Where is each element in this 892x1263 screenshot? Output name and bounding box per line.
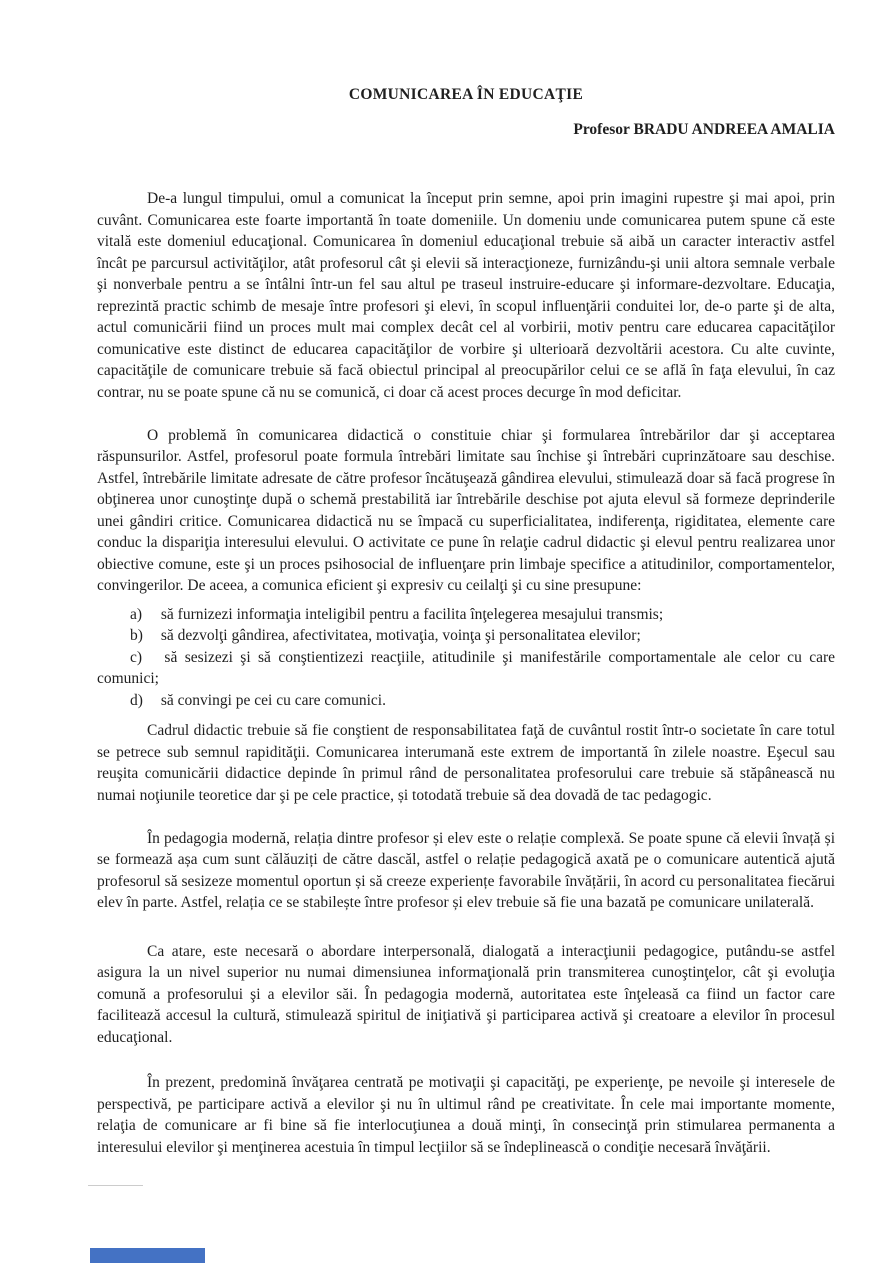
list-item-c: c) să sesizezi şi să conştientizezi reac… <box>97 647 835 690</box>
list-marker-a: a) <box>130 604 157 626</box>
page-bottom-blue-bar <box>90 1248 205 1263</box>
list-marker-d: d) <box>130 690 157 712</box>
ordered-list: a) să furnizezi informaţia inteligibil p… <box>97 604 835 712</box>
paragraph-in-prezent: În prezent, predomină învăţarea centrată… <box>97 1072 835 1158</box>
footnote-separator-rule <box>88 1185 143 1186</box>
document-author: Profesor BRADU ANDREEA AMALIA <box>97 121 835 139</box>
list-text-c: să sesizezi şi să conştientizezi reacţii… <box>97 649 835 688</box>
paragraph-ca-atare: Ca atare, este necesară o abordare inter… <box>97 941 835 1049</box>
list-text-b: să dezvolţi gândirea, afectivitatea, mot… <box>161 627 641 644</box>
list-item-d: d) să convingi pe cei cu care comunici. <box>97 690 835 712</box>
list-text-d: să convingi pe cei cu care comunici. <box>161 692 386 709</box>
list-marker-b: b) <box>130 625 157 647</box>
list-item-b: b) să dezvolţi gândirea, afectivitatea, … <box>97 625 835 647</box>
paragraph-intro: De-a lungul timpului, omul a comunicat l… <box>97 188 835 403</box>
document-content: COMUNICAREA ÎN EDUCAŢIE Profesor BRADU A… <box>97 86 835 1158</box>
paragraph-cadrul-didactic: Cadrul didactic trebuie să fie conştient… <box>97 720 835 806</box>
paragraph-pedagogia-moderna: În pedagogia modernă, relația dintre pro… <box>97 828 835 914</box>
list-text-a: să furnizezi informaţia inteligibil pent… <box>161 606 663 623</box>
paragraph-problema: O problemă în comunicarea didactică o co… <box>97 425 835 597</box>
document-page: COMUNICAREA ÎN EDUCAŢIE Profesor BRADU A… <box>0 0 892 1263</box>
list-item-a: a) să furnizezi informaţia inteligibil p… <box>97 604 835 626</box>
document-title: COMUNICAREA ÎN EDUCAŢIE <box>97 86 835 104</box>
list-marker-c: c) <box>130 647 157 669</box>
